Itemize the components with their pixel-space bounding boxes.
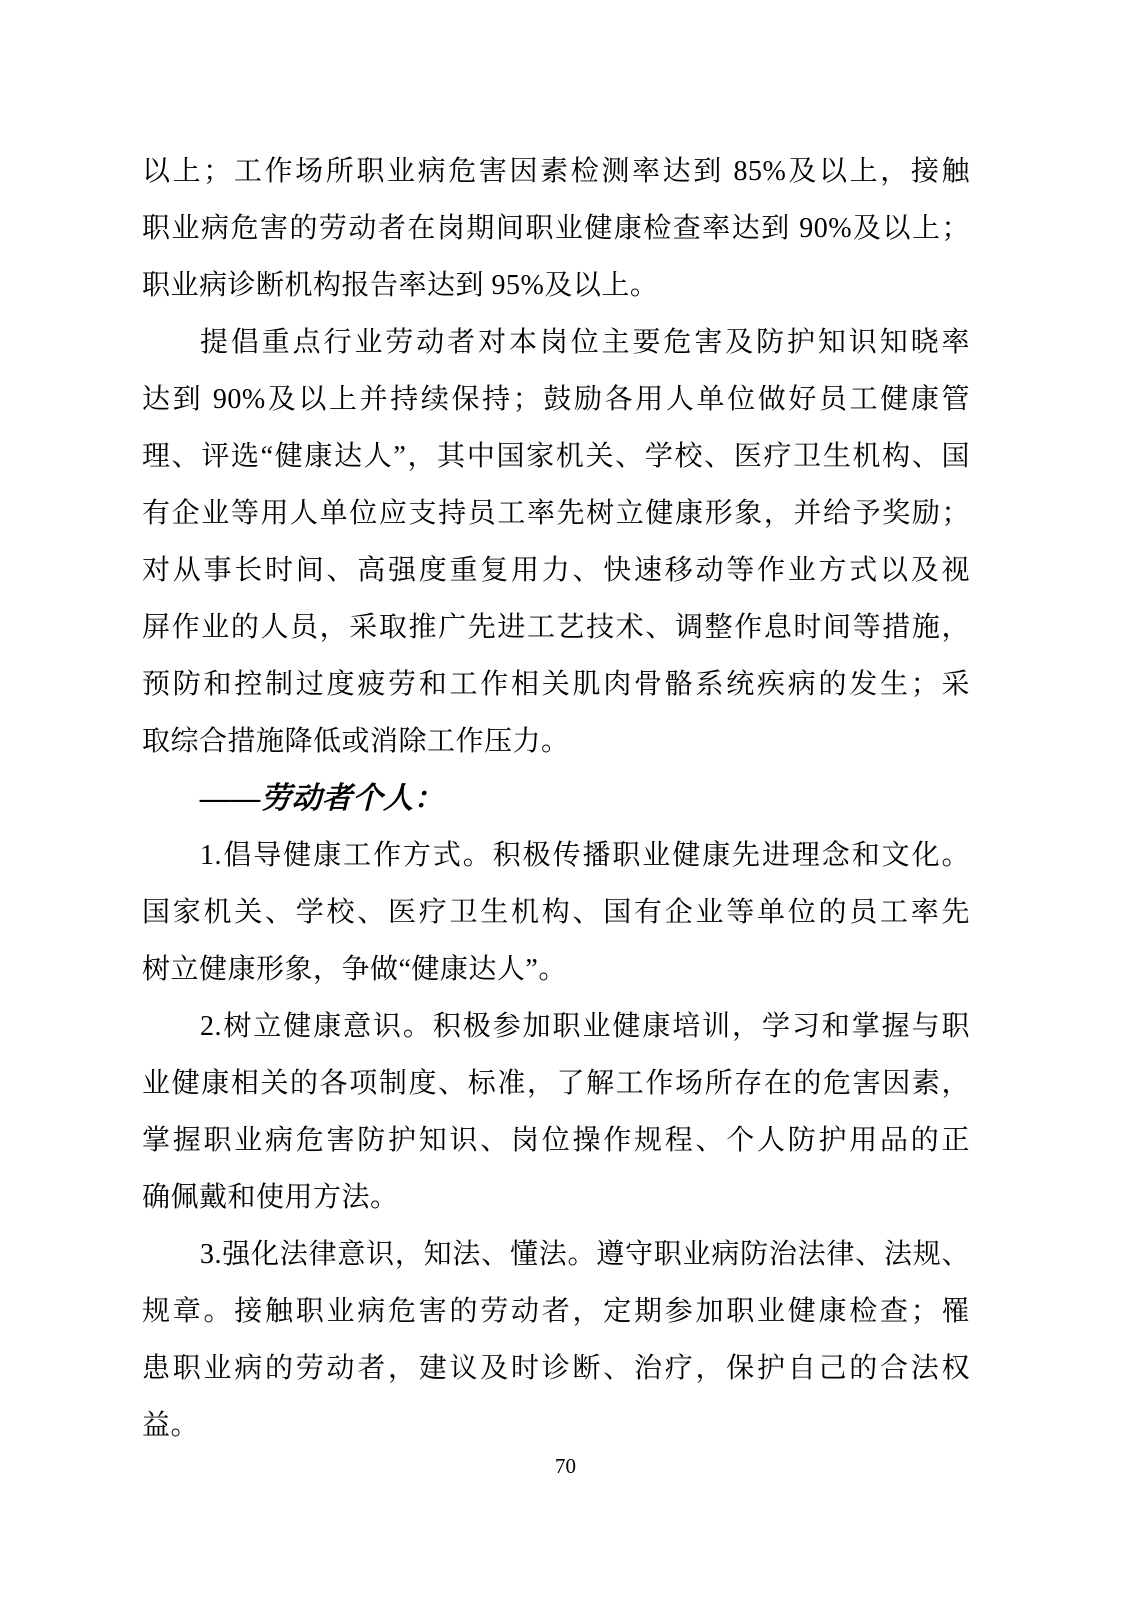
text-line: 3.强化法律意识，知法、懂法。遵守职业病防治法律、法规、 xyxy=(142,1226,970,1283)
text-line: 业健康相关的各项制度、标准，了解工作场所存在的危害因素， xyxy=(142,1055,970,1112)
text-line: 确佩戴和使用方法。 xyxy=(142,1169,970,1226)
text-line: 职业病危害的劳动者在岗期间职业健康检查率达到 90%及以上； xyxy=(142,200,970,257)
document-page: 以上；工作场所职业病危害因素检测率达到 85%及以上，接触职业病危害的劳动者在岗… xyxy=(0,0,1131,1600)
section-heading: ——劳动者个人： xyxy=(142,770,970,827)
text-line: 有企业等用人单位应支持员工率先树立健康形象，并给予奖励； xyxy=(142,485,970,542)
paragraph: 3.强化法律意识，知法、懂法。遵守职业病防治法律、法规、规章。接触职业病危害的劳… xyxy=(142,1226,970,1454)
text-line: 1.倡导健康工作方式。积极传播职业健康先进理念和文化。 xyxy=(142,827,970,884)
text-line: 国家机关、学校、医疗卫生机构、国有企业等单位的员工率先 xyxy=(142,884,970,941)
text-line: 对从事长时间、高强度重复用力、快速移动等作业方式以及视 xyxy=(142,542,970,599)
text-line: 患职业病的劳动者，建议及时诊断、治疗，保护自己的合法权 xyxy=(142,1340,970,1397)
text-line: 屏作业的人员，采取推广先进工艺技术、调整作息时间等措施， xyxy=(142,599,970,656)
text-line: 预防和控制过度疲劳和工作相关肌肉骨骼系统疾病的发生；采 xyxy=(142,656,970,713)
page-number: 70 xyxy=(0,1452,1131,1480)
text-line: 职业病诊断机构报告率达到 95%及以上。 xyxy=(142,257,970,314)
text-line: 以上；工作场所职业病危害因素检测率达到 85%及以上，接触 xyxy=(142,143,970,200)
text-line: 理、评选“健康达人”，其中国家机关、学校、医疗卫生机构、国 xyxy=(142,428,970,485)
paragraph: 2.树立健康意识。积极参加职业健康培训，学习和掌握与职业健康相关的各项制度、标准… xyxy=(142,998,970,1226)
text-line: 2.树立健康意识。积极参加职业健康培训，学习和掌握与职 xyxy=(142,998,970,1055)
text-line: 树立健康形象，争做“健康达人”。 xyxy=(142,941,970,998)
text-line: 达到 90%及以上并持续保持；鼓励各用人单位做好员工健康管 xyxy=(142,371,970,428)
text-line: 取综合措施降低或消除工作压力。 xyxy=(142,713,970,770)
text-line: 规章。接触职业病危害的劳动者，定期参加职业健康检查；罹 xyxy=(142,1283,970,1340)
paragraph: 以上；工作场所职业病危害因素检测率达到 85%及以上，接触职业病危害的劳动者在岗… xyxy=(142,143,970,314)
text-line: 掌握职业病危害防护知识、岗位操作规程、个人防护用品的正 xyxy=(142,1112,970,1169)
text-line: 益。 xyxy=(142,1397,970,1454)
paragraph: 1.倡导健康工作方式。积极传播职业健康先进理念和文化。国家机关、学校、医疗卫生机… xyxy=(142,827,970,998)
document-body: 以上；工作场所职业病危害因素检测率达到 85%及以上，接触职业病危害的劳动者在岗… xyxy=(142,143,970,1454)
text-line: 提倡重点行业劳动者对本岗位主要危害及防护知识知晓率 xyxy=(142,314,970,371)
text-line: ——劳动者个人： xyxy=(142,770,970,827)
paragraph: 提倡重点行业劳动者对本岗位主要危害及防护知识知晓率达到 90%及以上并持续保持；… xyxy=(142,314,970,770)
